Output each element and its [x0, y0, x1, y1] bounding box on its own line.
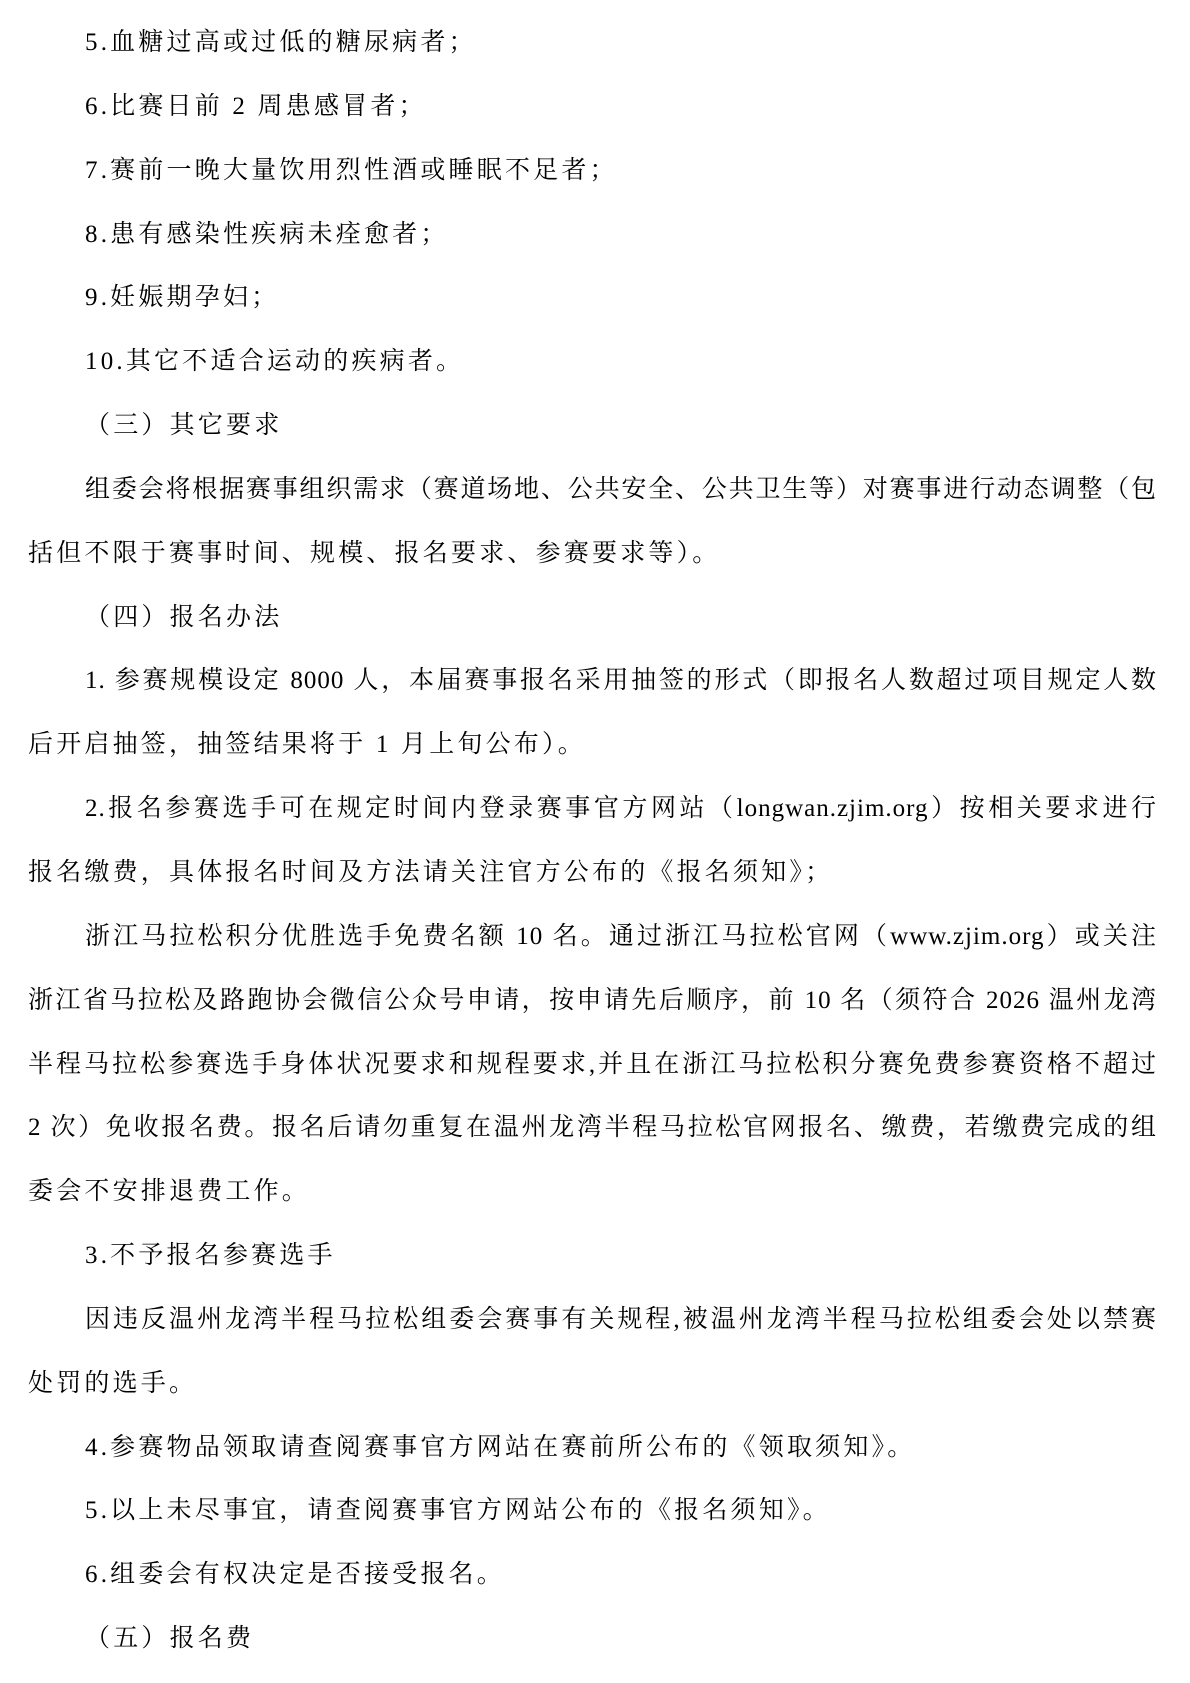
document-line: （四）报名办法 — [28, 586, 1157, 650]
document-line: 因违反温州龙湾半程马拉松组委会赛事有关规程,被温州龙湾半程马拉松组委会处以禁赛 — [28, 1288, 1157, 1352]
document-line: 处罚的选手。 — [28, 1352, 1157, 1416]
document-line: 6.组委会有权决定是否接受报名。 — [28, 1543, 1157, 1607]
document-line: 报名缴费，具体报名时间及方法请关注官方公布的《报名须知》； — [28, 841, 1157, 905]
document-line: 4.参赛物品领取请查阅赛事官方网站在赛前所公布的《领取须知》。 — [28, 1416, 1157, 1480]
document-line: （五）报名费 — [28, 1607, 1157, 1671]
document-line: 7.赛前一晚大量饮用烈性酒或睡眠不足者； — [28, 139, 1157, 203]
document-line: 后开启抽签，抽签结果将于 1 月上旬公布）。 — [28, 713, 1157, 777]
document-line: 浙江马拉松积分优胜选手免费名额 10 名。通过浙江马拉松官网（www.zjim.… — [28, 905, 1157, 969]
document-line: （三）其它要求 — [28, 394, 1157, 458]
document-line: 1. 参赛规模设定 8000 人，本届赛事报名采用抽签的形式（即报名人数超过项目… — [28, 649, 1157, 713]
document-line: 2 次）免收报名费。报名后请勿重复在温州龙湾半程马拉松官网报名、缴费，若缴费完成… — [28, 1096, 1157, 1160]
document-line: 6.比赛日前 2 周患感冒者； — [28, 75, 1157, 139]
document-line: 10.其它不适合运动的疾病者。 — [28, 330, 1157, 394]
document-line: 组委会将根据赛事组织需求（赛道场地、公共安全、公共卫生等）对赛事进行动态调整（包 — [28, 458, 1157, 522]
document-line: 浙江省马拉松及路跑协会微信公众号申请，按申请先后顺序，前 10 名（须符合 20… — [28, 969, 1157, 1033]
document-line: 2.报名参赛选手可在规定时间内登录赛事官方网站（longwan.zjim.org… — [28, 777, 1157, 841]
document-body: 5.血糖过高或过低的糖尿病者；6.比赛日前 2 周患感冒者；7.赛前一晚大量饮用… — [28, 11, 1157, 1671]
document-line: 括但不限于赛事时间、规模、报名要求、参赛要求等）。 — [28, 522, 1157, 586]
document-page: 5.血糖过高或过低的糖尿病者；6.比赛日前 2 周患感冒者；7.赛前一晚大量饮用… — [0, 0, 1190, 1683]
document-line: 5.血糖过高或过低的糖尿病者； — [28, 11, 1157, 75]
document-line: 委会不安排退费工作。 — [28, 1160, 1157, 1224]
document-line: 半程马拉松参赛选手身体状况要求和规程要求,并且在浙江马拉松积分赛免费参赛资格不超… — [28, 1033, 1157, 1097]
document-line: 3.不予报名参赛选手 — [28, 1224, 1157, 1288]
document-line: 8.患有感染性疾病未痊愈者； — [28, 203, 1157, 267]
document-line: 9.妊娠期孕妇； — [28, 266, 1157, 330]
document-line: 5.以上未尽事宜，请查阅赛事官方网站公布的《报名须知》。 — [28, 1479, 1157, 1543]
